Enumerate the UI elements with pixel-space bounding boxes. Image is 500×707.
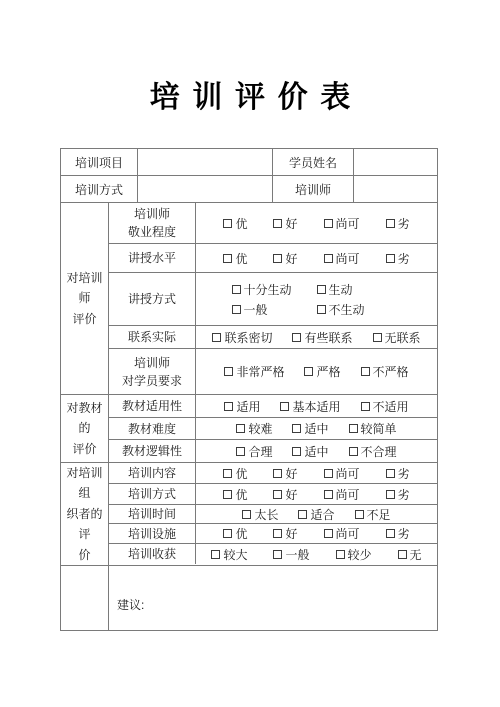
option-label: 合理 (248, 443, 272, 460)
checkbox-icon (273, 254, 282, 263)
option-label: 不严格 (373, 363, 409, 380)
option-checkbox[interactable]: 不适用 (361, 398, 409, 415)
option-label: 好 (285, 465, 297, 482)
checkbox-icon (373, 333, 382, 342)
option-label: 好 (285, 486, 297, 503)
checkbox-icon (273, 490, 282, 499)
option-checkbox[interactable]: 基本适用 (280, 398, 340, 415)
evaluation-section: 对教材的评价教材适用性适用基本适用不适用教材难度较难适中较简单教材逻辑性合理适中… (61, 395, 437, 463)
info-label: 培训师 (273, 176, 354, 202)
option-checkbox[interactable]: 好 (273, 525, 297, 542)
checkbox-icon (273, 529, 282, 538)
checkbox-icon (273, 550, 282, 559)
item-label: 培训收获 (109, 544, 196, 564)
options-line: 优好尚可劣 (223, 250, 409, 267)
options-cell: 合理适中不合理 (196, 440, 437, 462)
option-checkbox[interactable]: 优 (223, 465, 247, 482)
checkbox-icon (212, 333, 221, 342)
option-checkbox[interactable]: 适用 (224, 398, 260, 415)
item-label: 培训设施 (109, 524, 196, 543)
option-label: 严格 (316, 363, 340, 380)
suggestion-left-spacer (61, 566, 109, 630)
option-checkbox[interactable]: 联系密切 (212, 329, 272, 346)
option-label: 不适用 (373, 398, 409, 415)
option-label: 尚可 (336, 465, 360, 482)
option-label: 联系密切 (224, 329, 272, 346)
form-row: 讲授方式十分生动生动一般不生动 (109, 273, 437, 326)
options-line: 太长适合不足 (242, 506, 390, 523)
form-row: 培训师敬业程度优好尚可劣 (109, 203, 437, 244)
checkbox-icon (223, 469, 232, 478)
options-cell: 优好尚可劣 (196, 244, 437, 272)
checkbox-icon (223, 254, 232, 263)
info-row: 培训方式培训师 (61, 176, 437, 203)
options-line: 优好尚可劣 (223, 525, 409, 542)
item-label: 培训方式 (109, 484, 196, 504)
option-label: 生动 (329, 281, 353, 298)
option-label: 一般 (285, 546, 309, 563)
option-checkbox[interactable]: 好 (273, 215, 297, 232)
options-cell: 适用基本适用不适用 (196, 395, 437, 417)
section-rows: 教材适用性适用基本适用不适用教材难度较难适中较简单教材逻辑性合理适中不合理 (109, 395, 437, 462)
checkbox-icon (349, 447, 358, 456)
options-line: 较大一般较少无 (211, 546, 421, 563)
info-input-cell[interactable] (138, 176, 273, 202)
info-input-cell[interactable] (354, 149, 437, 175)
item-label: 讲授水平 (109, 244, 196, 272)
form-row: 教材难度较难适中较简单 (109, 418, 437, 440)
option-checkbox[interactable]: 不合理 (349, 443, 397, 460)
option-label: 优 (235, 525, 247, 542)
checkbox-icon (292, 447, 301, 456)
info-label: 培训项目 (61, 149, 138, 175)
option-checkbox[interactable]: 一般 (273, 546, 309, 563)
evaluation-table: 培训项目学员姓名培训方式培训师 对培训师评价培训师敬业程度优好尚可劣讲授水平优好… (60, 148, 438, 631)
options-line: 适用基本适用不适用 (224, 398, 408, 415)
option-checkbox[interactable]: 优 (223, 486, 247, 503)
options-line: 合理适中不合理 (236, 443, 396, 460)
option-checkbox[interactable]: 尚可 (324, 486, 360, 503)
option-label: 优 (235, 486, 247, 503)
evaluation-section: 对培训师评价培训师敬业程度优好尚可劣讲授水平优好尚可劣讲授方式十分生动生动一般不… (61, 203, 437, 395)
checkbox-icon (324, 469, 333, 478)
option-checkbox[interactable]: 较简单 (349, 420, 397, 437)
item-label: 培训内容 (109, 463, 196, 483)
option-label: 十分生动 (244, 281, 292, 298)
options-cell: 较难适中较简单 (196, 418, 437, 439)
checkbox-icon (273, 219, 282, 228)
option-checkbox[interactable]: 尚可 (324, 250, 360, 267)
item-label: 教材适用性 (109, 395, 196, 417)
checkbox-icon (292, 424, 301, 433)
option-checkbox[interactable]: 适中 (292, 420, 328, 437)
section-group-label: 对教材的评价 (61, 395, 109, 462)
option-checkbox[interactable]: 一般 (232, 301, 317, 318)
option-label: 较难 (248, 420, 272, 437)
evaluation-section: 对培训组织者的评价培训内容优好尚可劣培训方式优好尚可劣培训时间太长适合不足培训设… (61, 463, 437, 566)
info-input-cell[interactable] (354, 176, 437, 202)
page-title: 培训评价表 (0, 72, 500, 116)
option-checkbox[interactable]: 尚可 (324, 215, 360, 232)
option-checkbox[interactable]: 适合 (298, 506, 334, 523)
info-label: 培训方式 (61, 176, 138, 202)
option-label: 较大 (223, 546, 247, 563)
option-label: 好 (285, 215, 297, 232)
checkbox-icon (386, 219, 395, 228)
option-checkbox[interactable]: 生动 (317, 281, 402, 298)
option-checkbox[interactable]: 尚可 (324, 465, 360, 482)
option-label: 优 (235, 465, 247, 482)
options-line: 优好尚可劣 (223, 486, 409, 503)
options-cell: 优好尚可劣 (196, 463, 437, 483)
option-checkbox[interactable]: 好 (273, 486, 297, 503)
option-label: 较简单 (361, 420, 397, 437)
option-label: 好 (285, 250, 297, 267)
option-checkbox[interactable]: 无联系 (373, 329, 421, 346)
option-checkbox[interactable]: 不足 (355, 506, 391, 523)
options-cell: 非常严格严格不严格 (196, 349, 437, 394)
options-cell: 较大一般较少无 (196, 544, 437, 564)
checkbox-icon (336, 550, 345, 559)
option-checkbox[interactable]: 适中 (292, 443, 328, 460)
option-label: 无联系 (385, 329, 421, 346)
option-label: 非常严格 (236, 363, 284, 380)
option-label: 不生动 (329, 301, 365, 318)
checkbox-icon (355, 510, 364, 519)
checkbox-icon (242, 510, 251, 519)
option-label: 不足 (367, 506, 391, 523)
option-label: 尚可 (336, 486, 360, 503)
suggestion-row: 建议: (61, 566, 437, 630)
options-line: 优好尚可劣 (223, 465, 409, 482)
option-label: 尚可 (336, 215, 360, 232)
suggestion-area[interactable]: 建议: (109, 566, 437, 630)
options-line: 十分生动生动 (232, 281, 402, 298)
section-group-label: 对培训组织者的评价 (61, 463, 109, 565)
checkbox-icon (317, 305, 326, 314)
checkbox-icon (273, 469, 282, 478)
option-label: 较少 (348, 546, 372, 563)
options-cell: 太长适合不足 (196, 505, 437, 523)
checkbox-icon (361, 367, 370, 376)
option-checkbox[interactable]: 好 (273, 250, 297, 267)
checkbox-icon (223, 490, 232, 499)
checkbox-icon (211, 550, 220, 559)
checkbox-icon (224, 367, 233, 376)
options-cell: 优好尚可劣 (196, 203, 437, 243)
option-label: 劣 (398, 215, 410, 232)
item-label: 教材逻辑性 (109, 440, 196, 462)
checkbox-icon (236, 424, 245, 433)
option-label: 适用 (236, 398, 260, 415)
option-checkbox[interactable]: 严格 (304, 363, 340, 380)
option-label: 尚可 (336, 525, 360, 542)
item-label: 讲授方式 (109, 273, 196, 325)
option-checkbox[interactable]: 无 (398, 546, 422, 563)
checkbox-icon (223, 529, 232, 538)
form-row: 教材逻辑性合理适中不合理 (109, 440, 437, 462)
section-rows: 培训内容优好尚可劣培训方式优好尚可劣培训时间太长适合不足培训设施优好尚可劣培训收… (109, 463, 437, 565)
checkbox-icon (386, 254, 395, 263)
checkbox-icon (324, 219, 333, 228)
page: 培训评价表 培训项目学员姓名培训方式培训师 对培训师评价培训师敬业程度优好尚可劣… (0, 0, 500, 707)
checkbox-icon (232, 285, 241, 294)
info-input-cell[interactable] (138, 149, 273, 175)
option-label: 基本适用 (292, 398, 340, 415)
option-checkbox[interactable]: 较少 (336, 546, 372, 563)
form-row: 培训设施优好尚可劣 (109, 524, 437, 544)
checkbox-icon (298, 510, 307, 519)
info-rows: 培训项目学员姓名培训方式培训师 (61, 149, 437, 203)
checkbox-icon (324, 490, 333, 499)
form-row: 教材适用性适用基本适用不适用 (109, 395, 437, 418)
option-checkbox[interactable]: 较大 (211, 546, 247, 563)
checkbox-icon (292, 333, 301, 342)
option-label: 一般 (244, 301, 268, 318)
option-label: 太长 (254, 506, 278, 523)
option-checkbox[interactable]: 十分生动 (232, 281, 317, 298)
checkbox-icon (236, 447, 245, 456)
checkbox-icon (224, 402, 233, 411)
item-label: 联系实际 (109, 326, 196, 348)
options-line: 优好尚可劣 (223, 215, 409, 232)
option-label: 有些联系 (304, 329, 352, 346)
option-checkbox[interactable]: 劣 (386, 525, 410, 542)
info-row: 培训项目学员姓名 (61, 149, 437, 176)
form-row: 培训收获较大一般较少无 (109, 544, 437, 564)
checkbox-icon (361, 402, 370, 411)
form-row: 培训师对学员要求非常严格严格不严格 (109, 349, 437, 394)
option-label: 适中 (304, 443, 328, 460)
option-label: 劣 (398, 465, 410, 482)
option-label: 适合 (310, 506, 334, 523)
option-label: 无 (410, 546, 422, 563)
section-rows: 培训师敬业程度优好尚可劣讲授水平优好尚可劣讲授方式十分生动生动一般不生动联系实际… (109, 203, 437, 394)
option-label: 劣 (398, 486, 410, 503)
option-label: 适中 (304, 420, 328, 437)
checkbox-icon (232, 305, 241, 314)
form-row: 培训内容优好尚可劣 (109, 463, 437, 484)
checkbox-icon (324, 529, 333, 538)
checkbox-icon (317, 285, 326, 294)
evaluation-sections: 对培训师评价培训师敬业程度优好尚可劣讲授水平优好尚可劣讲授方式十分生动生动一般不… (61, 203, 437, 566)
checkbox-icon (304, 367, 313, 376)
checkbox-icon (386, 469, 395, 478)
option-checkbox[interactable]: 优 (223, 525, 247, 542)
checkbox-icon (386, 529, 395, 538)
item-label: 培训师敬业程度 (109, 203, 196, 243)
option-checkbox[interactable]: 太长 (242, 506, 278, 523)
checkbox-icon (398, 550, 407, 559)
checkbox-icon (349, 424, 358, 433)
item-label: 教材难度 (109, 418, 196, 439)
options-cell: 联系密切有些联系无联系 (196, 326, 437, 348)
option-checkbox[interactable]: 好 (273, 465, 297, 482)
info-label: 学员姓名 (273, 149, 354, 175)
option-checkbox[interactable]: 劣 (386, 465, 410, 482)
checkbox-icon (280, 402, 289, 411)
option-checkbox[interactable]: 合理 (236, 443, 272, 460)
form-row: 联系实际联系密切有些联系无联系 (109, 326, 437, 349)
option-checkbox[interactable]: 有些联系 (292, 329, 352, 346)
item-label: 培训时间 (109, 505, 196, 523)
option-label: 劣 (398, 250, 410, 267)
options-line: 非常严格严格不严格 (224, 363, 408, 380)
checkbox-icon (324, 254, 333, 263)
checkbox-icon (223, 219, 232, 228)
option-label: 优 (235, 215, 247, 232)
option-label: 好 (285, 525, 297, 542)
options-line: 联系密切有些联系无联系 (212, 329, 420, 346)
option-checkbox[interactable]: 优 (223, 250, 247, 267)
option-checkbox[interactable]: 非常严格 (224, 363, 284, 380)
form-row: 讲授水平优好尚可劣 (109, 244, 437, 273)
options-line: 较难适中较简单 (236, 420, 396, 437)
options-line: 一般不生动 (232, 301, 402, 318)
option-checkbox[interactable]: 不严格 (361, 363, 409, 380)
form-row: 培训时间太长适合不足 (109, 505, 437, 524)
option-label: 尚可 (336, 250, 360, 267)
options-cell: 优好尚可劣 (196, 524, 437, 543)
option-checkbox[interactable]: 劣 (386, 486, 410, 503)
item-label: 培训师对学员要求 (109, 349, 196, 394)
form-row: 培训方式优好尚可劣 (109, 484, 437, 505)
option-checkbox[interactable]: 较难 (236, 420, 272, 437)
option-checkbox[interactable]: 不生动 (317, 301, 402, 318)
option-label: 劣 (398, 525, 410, 542)
options-cell: 优好尚可劣 (196, 484, 437, 504)
option-label: 优 (235, 250, 247, 267)
option-checkbox[interactable]: 劣 (386, 215, 410, 232)
option-label: 不合理 (361, 443, 397, 460)
option-checkbox[interactable]: 劣 (386, 250, 410, 267)
suggestion-label: 建议: (117, 598, 144, 612)
options-cell: 十分生动生动一般不生动 (196, 273, 437, 325)
option-checkbox[interactable]: 尚可 (324, 525, 360, 542)
checkbox-icon (386, 490, 395, 499)
option-checkbox[interactable]: 优 (223, 215, 247, 232)
section-group-label: 对培训师评价 (61, 203, 109, 394)
